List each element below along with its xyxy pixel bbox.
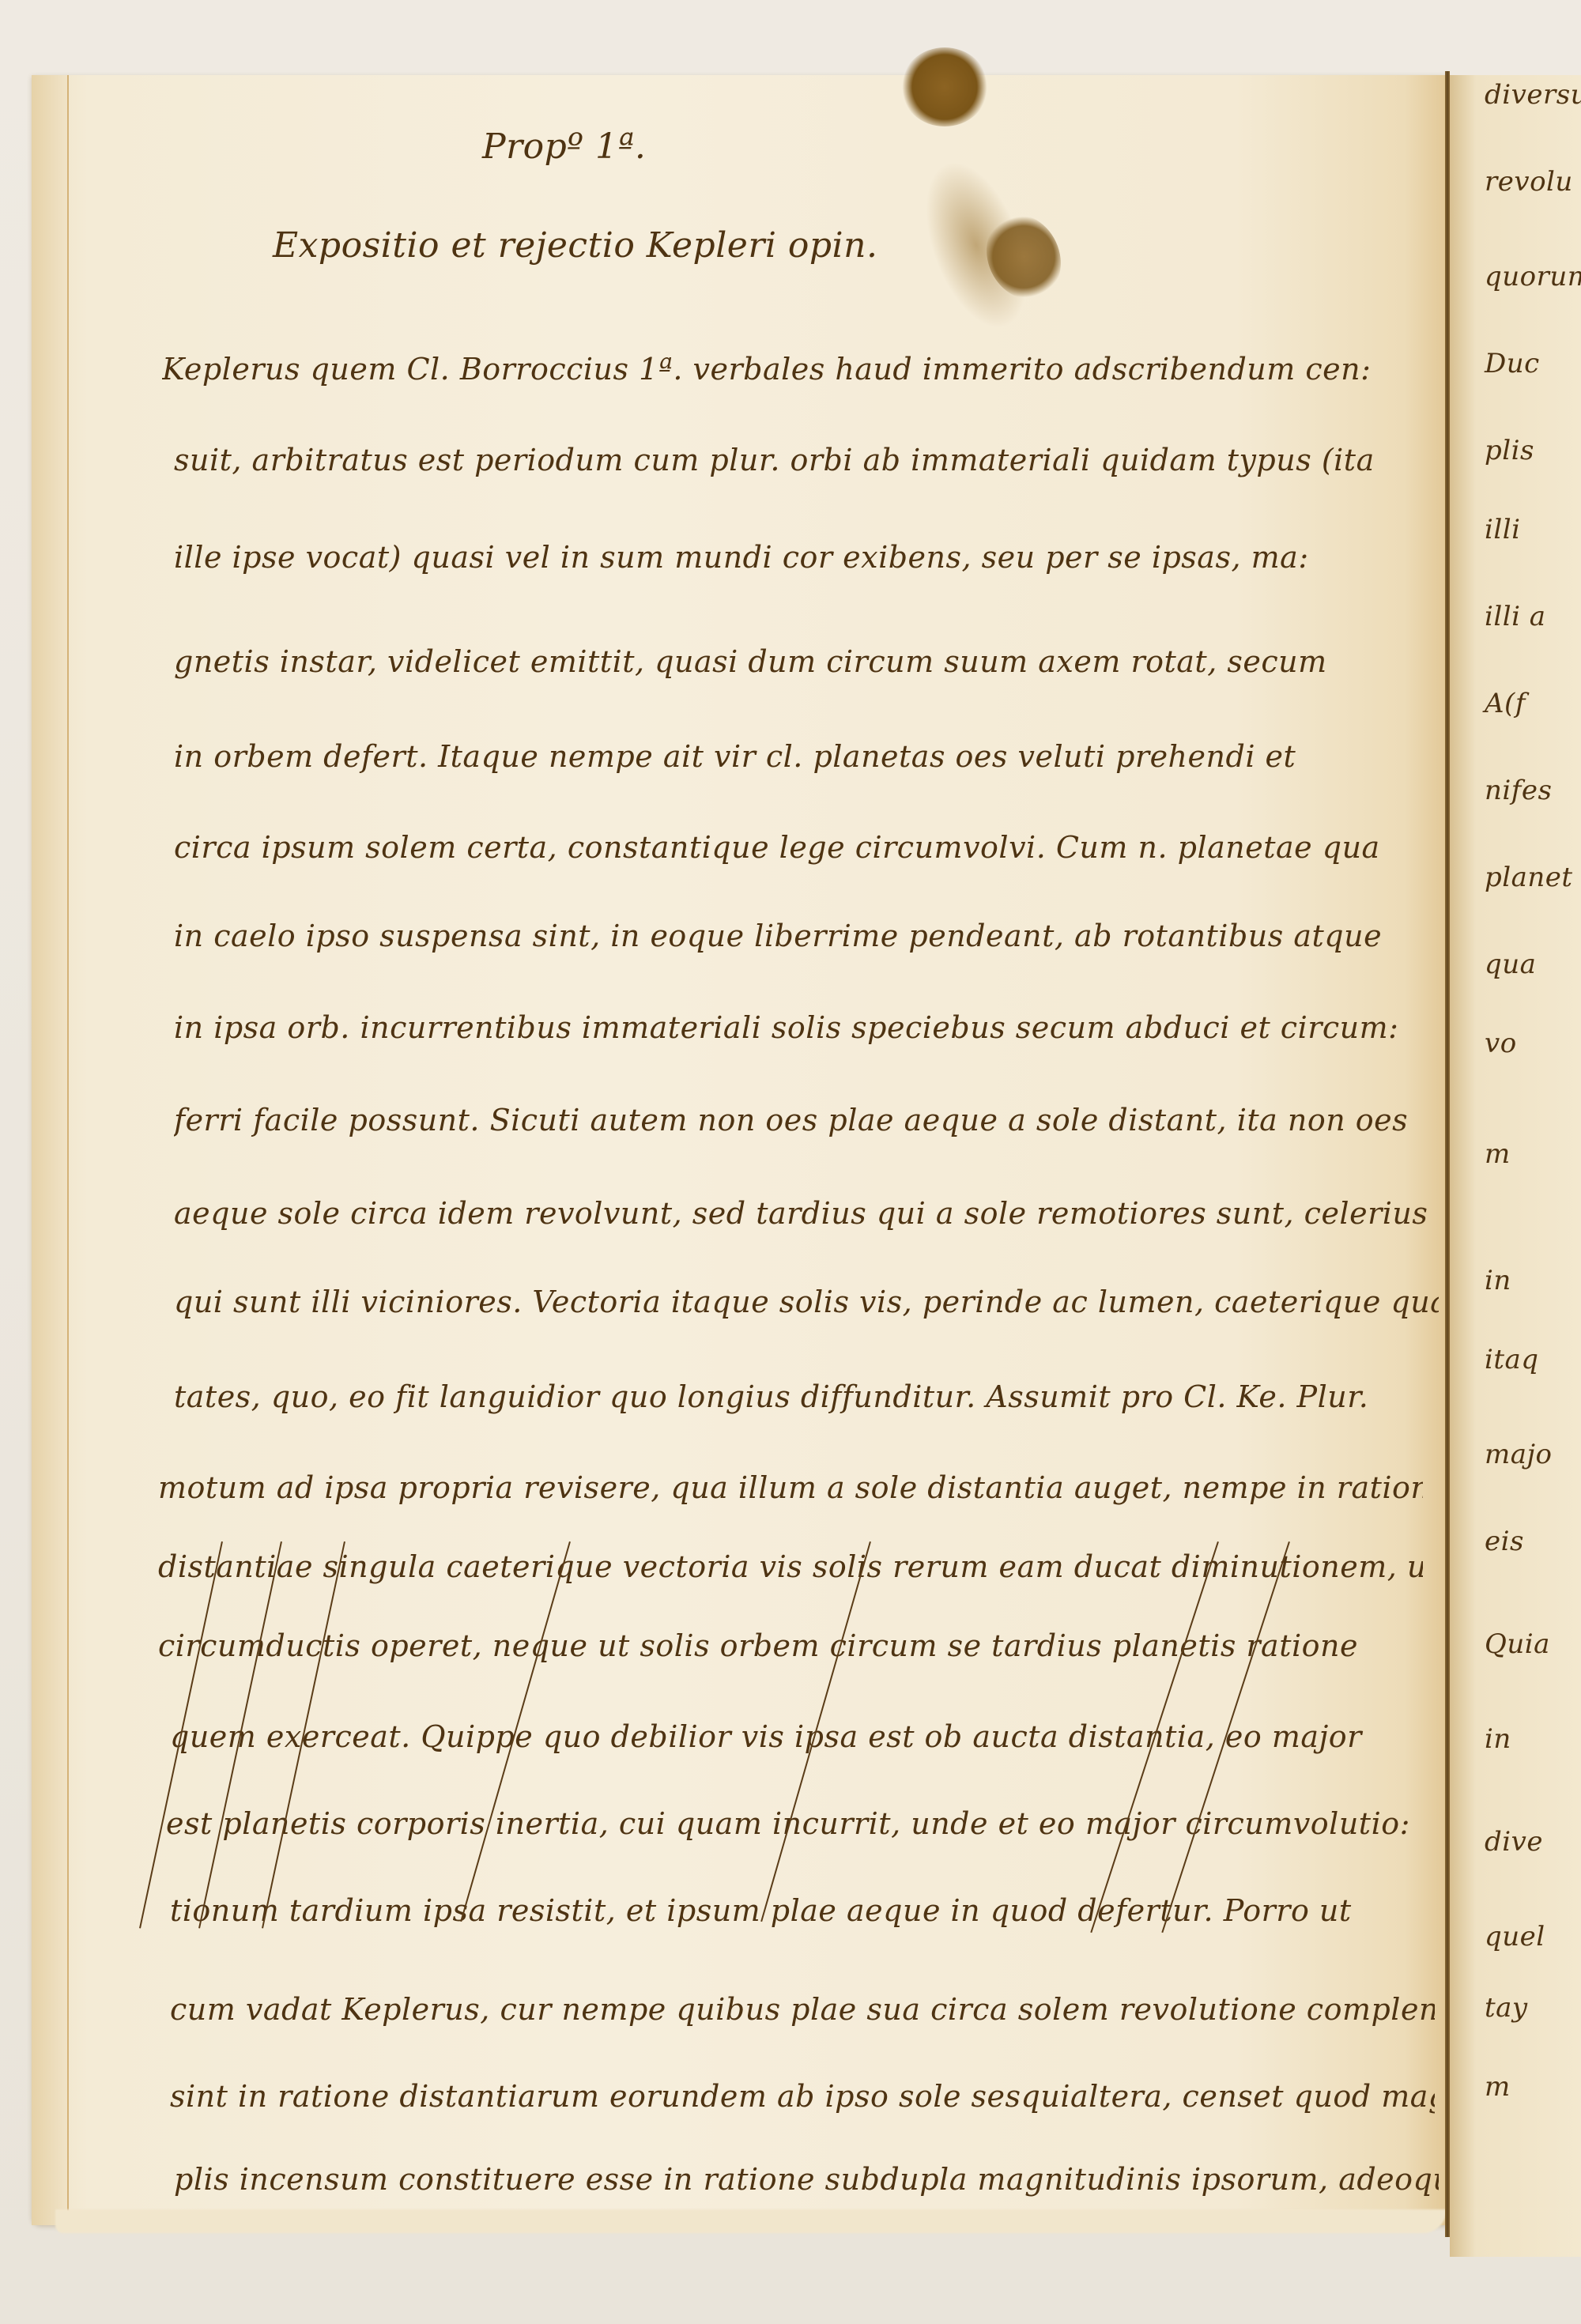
facing-fragment-1: diversum: [1485, 79, 1581, 111]
facing-fragment-13: m: [1485, 1138, 1511, 1170]
body-line-11: qui sunt illi viciniores. Vectoria itaqu…: [174, 1285, 1439, 1319]
facing-fragment-19: in: [1485, 1723, 1511, 1755]
heading-proposition: Propº 1ª.: [482, 126, 646, 167]
facing-fragment-7: illi a: [1485, 601, 1546, 632]
body-line-2: suit, arbitratus est periodum cum plur. …: [174, 443, 1439, 477]
body-line-17: est planetis corporis inertia, cui quam …: [166, 1806, 1431, 1841]
body-line-4: gnetis instar, videlicet emittit, quasi …: [174, 644, 1439, 679]
body-line-1: Keplerus quem Cl. Borroccius 1ª. verbale…: [162, 352, 1427, 387]
body-line-5: in orbem defert. Itaque nempe ait vir cl…: [174, 739, 1439, 774]
facing-fragment-9: nifes: [1485, 775, 1552, 806]
facing-fragment-8: A(f: [1485, 688, 1526, 719]
facing-fragment-16: majo: [1485, 1439, 1553, 1470]
body-line-18: tionum tardium ipsa resistit, et ipsum p…: [170, 1893, 1435, 1928]
facing-fragment-3: quorum: [1485, 261, 1581, 292]
facing-fragment-6: illi: [1485, 514, 1521, 545]
body-line-21: plis incensum constituere esse in ration…: [174, 2162, 1439, 2197]
facing-fragment-5: plis: [1485, 435, 1534, 466]
facing-fragment-10: planet: [1485, 862, 1573, 893]
facing-fragment-17: eis: [1485, 1526, 1524, 1557]
body-line-13: motum ad ipsa propria revisere, qua illu…: [158, 1470, 1423, 1505]
heading-title: Expositio et rejectio Kepleri opin.: [273, 225, 877, 266]
body-line-9: ferri facile possunt. Sicuti autem non o…: [174, 1103, 1439, 1137]
body-line-8: in ipsa orb. incurrentibus immateriali s…: [174, 1010, 1439, 1045]
body-line-19: cum vadat Keplerus, cur nempe quibus pla…: [170, 1992, 1435, 2027]
facing-fragment-14: in: [1485, 1265, 1511, 1296]
facing-fragment-2: revolu: [1485, 166, 1573, 198]
facing-fragment-4: Duc: [1485, 348, 1540, 379]
body-line-3: ille ipse vocat) quasi vel in sum mundi …: [174, 540, 1439, 575]
facing-fragment-20: dive: [1485, 1826, 1543, 1858]
body-line-15: circumductis operet, neque ut solis orbe…: [158, 1628, 1423, 1663]
body-line-16: quem exerceat. Quippe quo debilior vis i…: [170, 1719, 1435, 1754]
body-line-7: in caelo ipso suspensa sint, in eoque li…: [174, 919, 1439, 953]
body-line-12: tates, quo, eo fit languidior quo longiu…: [174, 1379, 1439, 1414]
page-bottom-edge: [55, 2209, 1447, 2233]
facing-fragment-12: vo: [1485, 1028, 1517, 1059]
facing-fragment-21: quel: [1485, 1921, 1545, 1952]
body-line-20: sint in ratione distantiarum eorundem ab…: [170, 2079, 1435, 2114]
facing-fragment-18: Quia: [1485, 1628, 1550, 1660]
body-line-6: circa ipsum solem certa, constantique le…: [174, 830, 1439, 865]
body-line-10: aeque sole circa idem revolvunt, sed tar…: [174, 1196, 1439, 1231]
facing-fragment-15: itaq: [1485, 1344, 1539, 1375]
facing-fragment-11: qua: [1485, 949, 1536, 980]
facing-fragment-23: m: [1485, 2071, 1511, 2103]
body-line-14: distantiae singula caeterique vectoria v…: [158, 1549, 1423, 1584]
ink-stain-top: [901, 47, 988, 126]
facing-fragment-22: tay: [1485, 1992, 1528, 2024]
